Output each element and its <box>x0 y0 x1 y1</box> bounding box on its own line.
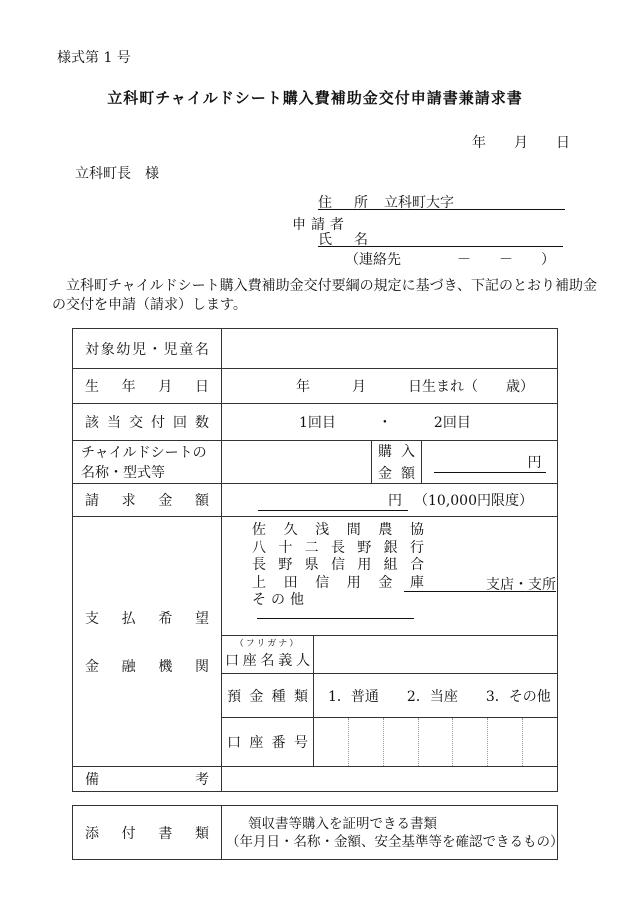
claim-amount-note: （10,000円限度） <box>414 490 533 510</box>
claim-amount-underline: 円 <box>258 490 408 511</box>
bank-option: 佐久浅間農協 <box>252 522 424 540</box>
form-number: 様式第 1 号 <box>57 47 131 67</box>
payment-label-line1: 支払希望 <box>85 608 209 628</box>
bank-option-other: その他 <box>252 592 557 610</box>
account-digit-cell <box>419 718 454 766</box>
account-holder-label-text: 口座名義人 <box>225 650 310 670</box>
attachment-value-cell: 領収書等購入を証明できる書類 （年月日・名称・金額、安全基準等を確認できるもの） <box>222 806 557 859</box>
account-holder-value-cell <box>314 636 557 674</box>
subrow-account-holder: （フリガナ） 口座名義人 <box>222 636 557 675</box>
purchase-label-line1: 購入 <box>378 441 415 461</box>
attachment-line2: （年月日・名称・金額、安全基準等を確認できるもの） <box>222 833 557 851</box>
table-row-birth-date: 生年月日 年 月 日生まれ（ 歳） <box>73 369 557 404</box>
furigana-label: （フリガナ） <box>225 639 310 650</box>
account-digit-cell <box>453 718 488 766</box>
intro-paragraph: 立科町チャイルドシート購入費補助金交付要綱の規定に基づき、下記のとおり補助金 の… <box>52 277 612 315</box>
table-row-claim-amount: 請求金額 円 （10,000円限度） <box>73 484 557 517</box>
account-number-label: 口座番号 <box>227 732 308 752</box>
claim-amount-label: 請求金額 <box>85 490 209 510</box>
bank-options-cell: 佐久浅間農協 八十二長野銀行 長野県信用組合 上田信用金庫 その他 支店・支所 <box>222 517 557 636</box>
child-name-value-cell <box>222 329 557 368</box>
purchase-amount-underline: 円 <box>434 452 546 473</box>
applicant-name-line: 氏 名 <box>318 229 563 247</box>
attachment-line1: 領収書等購入を証明できる書類 <box>222 815 557 833</box>
addressee: 立科町長 様 <box>75 163 159 183</box>
address-label: 住 所 <box>318 195 372 211</box>
attachment-label: 添付書類 <box>85 823 209 843</box>
account-digit-cell <box>488 718 523 766</box>
intro-line: の交付を申請（請求）します。 <box>52 296 612 315</box>
other-bank-underline <box>257 618 414 619</box>
payment-label: 支払希望 金融機関 <box>73 517 222 766</box>
document-page: 様式第 1 号 立科町チャイルドシート購入費補助金交付申請書兼請求書 年 月 日… <box>0 0 630 903</box>
birth-date-value-cell: 年 月 日生まれ（ 歳） <box>222 369 557 403</box>
subrow-account-number: 口座番号 <box>222 718 557 766</box>
child-name-label: 対象幼児・児童名 <box>85 339 209 359</box>
name-label: 氏 名 <box>318 232 372 248</box>
table-row-payment: 支払希望 金融機関 佐久浅間農協 八十二長野銀行 長野県信用組合 上田信用金庫 … <box>73 517 557 767</box>
deposit-type-label: 預金種類 <box>227 686 308 706</box>
bank-option: 上田信用金庫 <box>252 575 424 593</box>
date-line: 年 月 日 <box>472 132 570 152</box>
table-row-child-name: 対象幼児・児童名 <box>73 329 557 369</box>
account-digit-cell <box>384 718 419 766</box>
bank-option: 八十二長野銀行 <box>252 540 424 558</box>
seat-label-line2: 名称・型式等 <box>81 462 165 482</box>
bank-option: 長野県信用組合 <box>252 557 424 575</box>
table-row-grant-count: 該当交付回数 1回目 ・ 2回目 <box>73 404 557 441</box>
seat-info-label: チャイルドシートの 名称・型式等 <box>73 441 222 483</box>
claim-amount-cell: 円 （10,000円限度） <box>222 484 557 516</box>
purchase-amount-label: 購入 金額 <box>372 441 422 483</box>
purchase-amount-cell: 円 <box>422 441 557 483</box>
purchase-label-line2: 金額 <box>378 463 415 483</box>
address-value: 立科町大字 <box>384 195 454 211</box>
account-number-cells <box>314 718 557 766</box>
remarks-value-cell <box>222 767 557 791</box>
main-table: 対象幼児・児童名 生年月日 年 月 日生まれ（ 歳） 該当交付回数 1回目 ・ … <box>72 328 558 792</box>
birth-date-label: 生年月日 <box>85 376 209 396</box>
page-title: 立科町チャイルドシート購入費補助金交付申請書兼請求書 <box>0 87 630 108</box>
attachment-table: 添付書類 領収書等購入を証明できる書類 （年月日・名称・金額、安全基準等を確認で… <box>72 805 558 860</box>
table-row-seat-info: チャイルドシートの 名称・型式等 購入 金額 円 <box>73 441 557 484</box>
payment-label-line2: 金融機関 <box>85 656 209 676</box>
account-digit-cell <box>314 718 349 766</box>
applicant-address-line: 住 所立科町大字 <box>318 192 565 210</box>
subrow-deposit-type: 預金種類 1．普通 2．当座 3．その他 <box>222 674 557 718</box>
remarks-label: 備考 <box>85 769 209 789</box>
deposit-type-options: 1．普通 2．当座 3．その他 <box>314 674 557 717</box>
intro-line: 立科町チャイルドシート購入費補助金交付要綱の規定に基づき、下記のとおり補助金 <box>52 277 612 296</box>
account-digit-cell <box>523 718 557 766</box>
seat-label-line1: チャイルドシートの <box>81 442 207 462</box>
contact-line: （連絡先 － － ） <box>345 249 555 269</box>
branch-underline: 支店・支所 <box>404 574 556 592</box>
grant-count-label: 該当交付回数 <box>85 412 209 432</box>
seat-value-cell <box>222 441 372 483</box>
grant-count-value-cell: 1回目 ・ 2回目 <box>222 404 557 440</box>
account-holder-label: （フリガナ） 口座名義人 <box>222 636 314 674</box>
account-digit-cell <box>349 718 384 766</box>
table-row-remarks: 備考 <box>73 767 557 791</box>
